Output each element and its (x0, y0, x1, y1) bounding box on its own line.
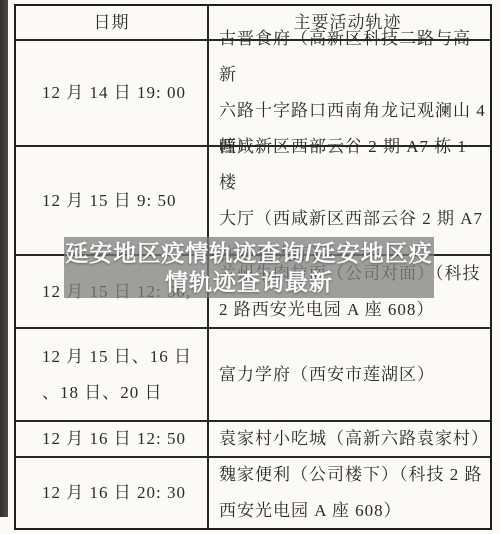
date-cell: 12 月 16 日 12: 50 (16, 422, 209, 456)
date-cell: 12 月 15 日、16 日 、18 日、20 日 (16, 329, 209, 420)
table-row: 12 月 16 日 12: 50 袁家村小吃城（高新六路袁家村） (16, 420, 490, 456)
trajectory-cell: 袁家村小吃城（高新六路袁家村） (209, 422, 490, 456)
header-date-cell: 日期 (16, 6, 209, 39)
watermark-overlay: 延安地区疫情轨迹查询/延安地区疫 情轨迹查询最新 (64, 237, 434, 298)
table-row: 12 月 16 日 20: 30 魏家便利（公司楼下）（科技 2 路 西安光电园… (16, 456, 490, 528)
trajectory-cell: 富力学府（西安市莲湖区） (209, 329, 490, 420)
date-cell: 12 月 14 日 19: 00 (16, 41, 209, 145)
trajectory-cell: 魏家便利（公司楼下）（科技 2 路 西安光电园 A 座 608） (209, 458, 490, 528)
watermark-text: 延安地区疫情轨迹查询/延安地区疫 情轨迹查询最新 (65, 239, 432, 297)
date-cell: 12 月 16 日 20: 30 (16, 458, 209, 528)
scan-edge-strip (0, 0, 8, 517)
table-row: 12 月 15 日、16 日 、18 日、20 日 富力学府（西安市莲湖区） (16, 327, 490, 420)
page: { "colors": { "watermark_background": "#… (0, 0, 500, 534)
